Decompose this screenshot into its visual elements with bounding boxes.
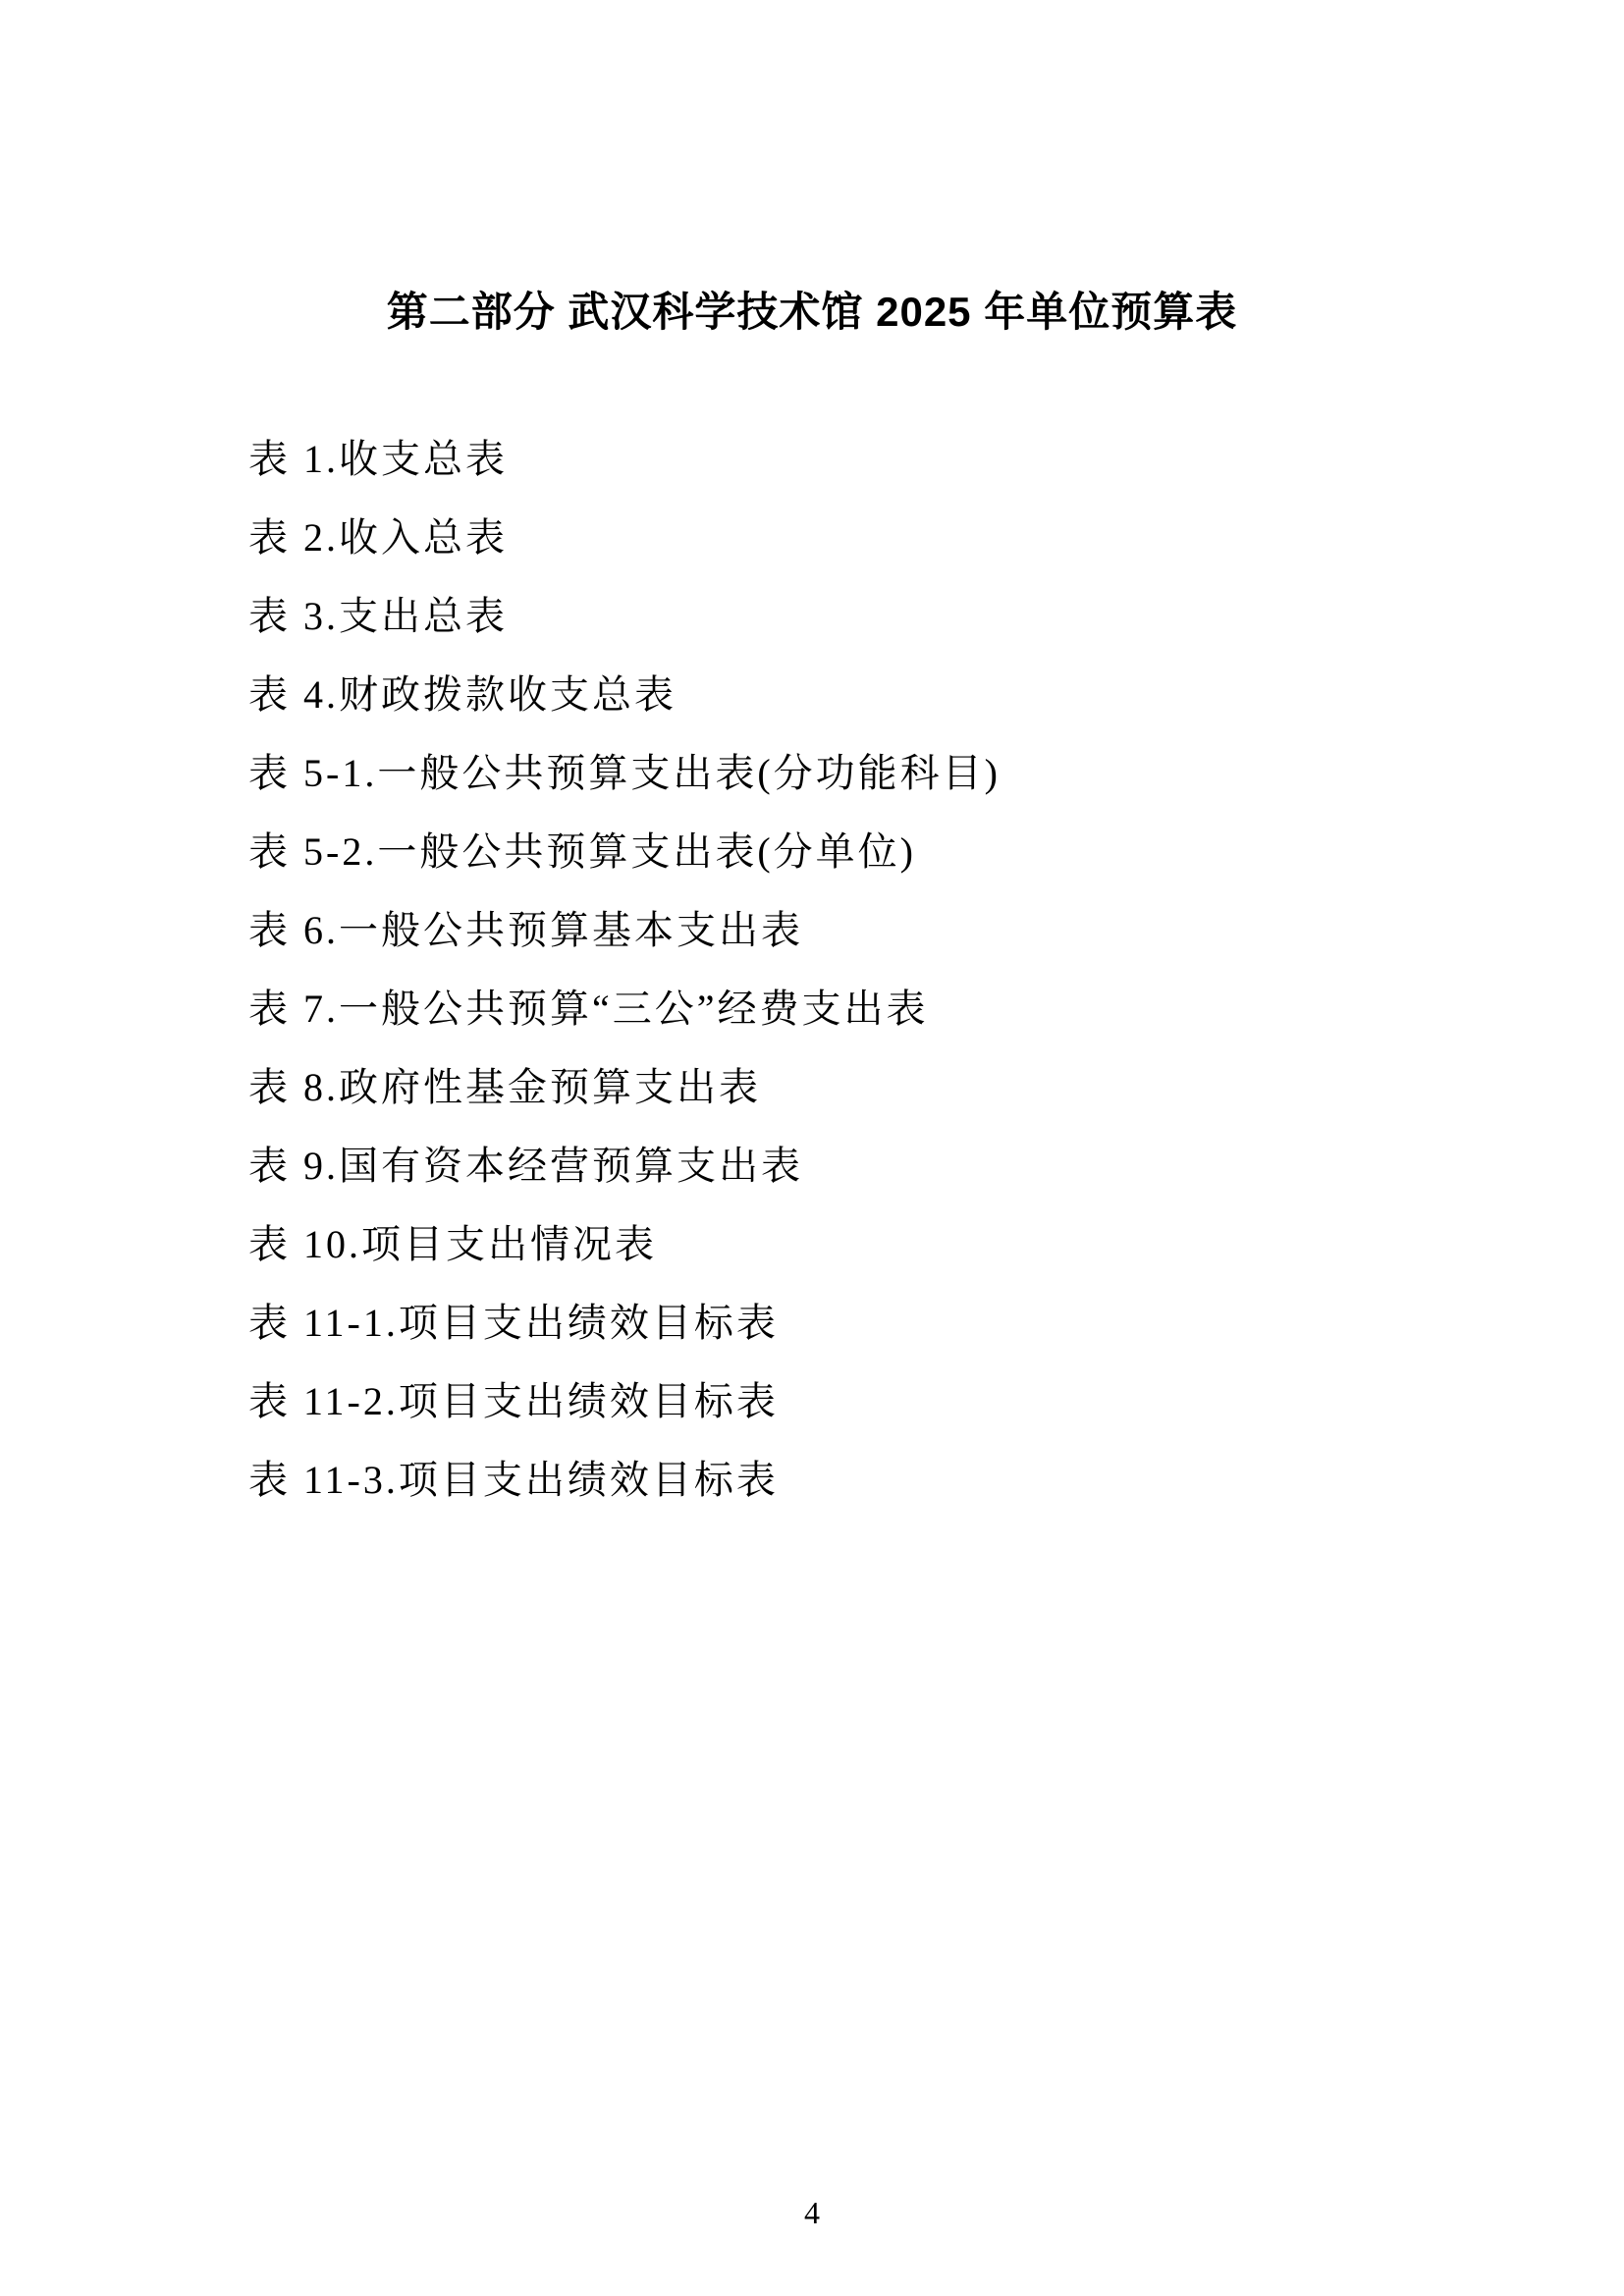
page-title: 第二部分 武汉科学技术馆 2025 年单位预算表 [0, 289, 1624, 336]
list-item: 表 2.收入总表 [248, 499, 1001, 577]
list-item: 表 5-1.一般公共预算支出表(分功能科目) [248, 734, 1001, 813]
page-number: 4 [0, 2195, 1624, 2230]
list-item: 表 11-3.项目支出绩效目标表 [248, 1441, 1001, 1520]
document-page: 第二部分 武汉科学技术馆 2025 年单位预算表 表 1.收支总表 表 2.收入… [0, 0, 1624, 2296]
list-item: 表 11-2.项目支出绩效目标表 [248, 1362, 1001, 1441]
list-item: 表 4.财政拨款收支总表 [248, 656, 1001, 734]
list-item: 表 11-1.项目支出绩效目标表 [248, 1284, 1001, 1362]
list-item: 表 7.一般公共预算“三公”经费支出表 [248, 970, 1001, 1048]
list-item: 表 1.收支总表 [248, 420, 1001, 499]
table-list: 表 1.收支总表 表 2.收入总表 表 3.支出总表 表 4.财政拨款收支总表 … [248, 420, 1001, 1520]
list-item: 表 5-2.一般公共预算支出表(分单位) [248, 813, 1001, 891]
list-item: 表 6.一般公共预算基本支出表 [248, 891, 1001, 970]
list-item: 表 8.政府性基金预算支出表 [248, 1048, 1001, 1127]
list-item: 表 10.项目支出情况表 [248, 1205, 1001, 1284]
list-item: 表 3.支出总表 [248, 577, 1001, 656]
list-item: 表 9.国有资本经营预算支出表 [248, 1127, 1001, 1205]
